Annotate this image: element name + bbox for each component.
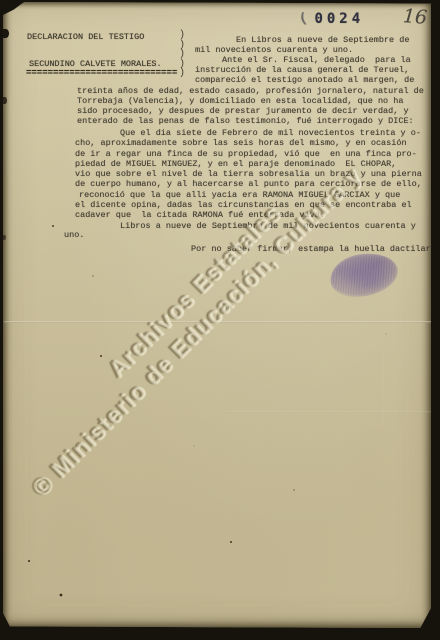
document-content: (0024 16 DECLARACION DEL TESTIGO SECUNDI… [0,0,440,640]
typewritten-line: vio que sobre el nivel de la tierra sobr… [75,170,422,179]
typewritten-line: En Libros a nueve de Septiembre de [236,36,409,45]
handwritten-folio-number: 16 [402,5,428,29]
scanned-document-page: { "colors": { "paper": "#cfc5a1", "typew… [0,0,440,640]
typewritten-line: Torrebaja (Valencia), y domiciliado en e… [77,97,403,106]
typewritten-line: reconoció que la que alli yacia era RAMO… [79,191,400,200]
typewritten-line: Ante el Sr. Fiscal, delegado para la [222,56,411,65]
typewritten-line: cadaver que la citada RAMONA fué enterra… [75,211,325,220]
stamp-prefix-mark: ( [297,10,309,27]
typewritten-line: Que el dia siete de Febrero de mil novec… [120,129,421,138]
typewritten-line: cho, aproximadamente sobre las seis hora… [75,139,407,148]
typewritten-line: el dicente opina, dadas las circunstanci… [75,201,412,210]
typewritten-line: compareció el testigo anotado al margen,… [195,76,414,85]
typewritten-line: treinta años de edad, estado casado, pro… [77,87,424,96]
archive-number-stamp: (0024 [299,11,364,27]
typewritten-line: enterado de las penas de falso testimoni… [77,117,414,126]
margin-brace: ) [179,69,185,79]
typewritten-line: piedad de MIGUEL MINGUEZ, y en el paraje… [75,160,396,169]
stamp-number: 0024 [314,11,364,27]
typewritten-line: Por no saber firmar, estampa la huella d… [191,245,431,254]
typewritten-line: sido procesado, y despues de prestar jur… [77,107,409,116]
fingerprint-stamp [327,248,401,301]
typewritten-line: Libros a nueve de Septiembre de mil nove… [120,222,416,231]
typewritten-line: de cuerpo humano, y al hacercarse al pun… [75,180,422,189]
typewritten-line: mil novecientos cuarenta y uno. [195,46,353,55]
typewritten-line: de ir a regar una finca de su propiedad,… [75,150,417,159]
typewritten-line: uno. [64,231,84,240]
typewritten-line: instrucción de la causa general de Terue… [195,66,409,75]
typed-separator-rule: ============================ [26,68,177,78]
margin-title-declaration: DECLARACION DEL TESTIGO [27,33,144,42]
